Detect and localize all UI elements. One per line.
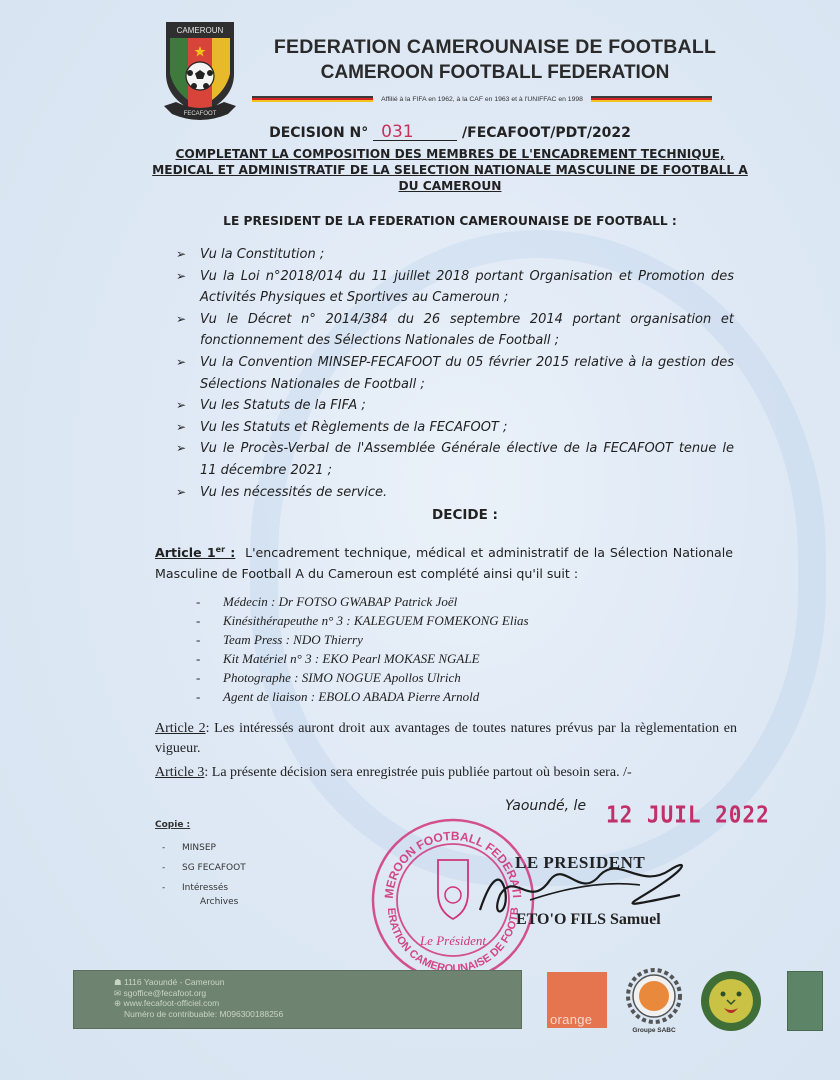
arrow-bullet-icon: ➢ xyxy=(176,244,186,266)
considerations-list: ➢Vu la Constitution ; ➢Vu la Loi n°2018/… xyxy=(176,244,734,503)
footer-email: ✉ sgoffice@fecafoot.org xyxy=(74,988,521,999)
staff-item: -Agent de liaison : EBOLO ABADA Pierre A… xyxy=(196,687,529,706)
article-1-label: Article 1er : xyxy=(155,545,235,560)
arrow-bullet-icon: ➢ xyxy=(176,482,186,504)
footer-tax-id: Numéro de contribuable: M096300188256 xyxy=(74,1009,521,1020)
article-2: Article 2: Les intéressés auront droit a… xyxy=(155,719,737,759)
arrow-bullet-icon: ➢ xyxy=(176,395,186,417)
article-3-label: Article 3 xyxy=(155,765,204,780)
footer-website: ⊕ www.fecafoot-officiel.com xyxy=(74,998,521,1009)
green-color-block xyxy=(787,971,823,1031)
sabc-label: Groupe SABC xyxy=(624,1027,684,1034)
arrow-bullet-icon: ➢ xyxy=(176,438,186,460)
staff-item: -Médecin : Dr FOTSO GWABAP Patrick Joël xyxy=(196,592,529,611)
staff-item: -Kinésithérapeuthe n° 3 : KALEGUEM FOMEK… xyxy=(196,611,529,630)
decide-heading: DECIDE : xyxy=(150,507,780,523)
staff-item: -Team Press : NDO Thierry xyxy=(196,630,529,649)
consideration-item: ➢Vu la Convention MINSEP-FECAFOOT du 05 … xyxy=(176,352,734,395)
arrow-bullet-icon: ➢ xyxy=(176,309,186,331)
copies-title: Copie : xyxy=(155,820,190,830)
decision-prefix: DECISION N° xyxy=(269,125,368,141)
consideration-item: ➢Vu les Statuts de la FIFA ; xyxy=(176,395,734,417)
article-2-text: : Les intéressés auront droit aux avanta… xyxy=(155,721,737,756)
affiliation-text: Affilié à la FIFA en 1962, à la CAF en 1… xyxy=(381,96,583,103)
lion-sponsor-logo xyxy=(700,970,762,1032)
consideration-item: ➢Vu les nécessités de service. xyxy=(176,482,734,504)
article-2-label: Article 2 xyxy=(155,721,206,736)
copy-archives: Archives xyxy=(200,897,238,907)
arrow-bullet-icon: ➢ xyxy=(176,417,186,439)
staff-list: -Médecin : Dr FOTSO GWABAP Patrick Joël … xyxy=(196,592,529,706)
federation-title-en: CAMEROON FOOTBALL FEDERATION xyxy=(260,62,730,84)
consideration-item: ➢Vu les Statuts et Règlements de la FECA… xyxy=(176,417,734,439)
consideration-item: ➢Vu le Décret n° 2014/384 du 26 septembr… xyxy=(176,309,734,352)
arrow-bullet-icon: ➢ xyxy=(176,352,186,374)
president-name: ETO'O FILS Samuel xyxy=(516,911,661,929)
signature-place: Yaoundé, le xyxy=(505,798,586,814)
copy-recipient: -SG FECAFOOT xyxy=(162,858,246,878)
arrow-bullet-icon: ➢ xyxy=(176,266,186,288)
footer-contact-box: ☗ 1116 Yaoundé - Cameroun ✉ sgoffice@fec… xyxy=(73,970,522,1029)
date-stamp: 12 JUIL 2022 xyxy=(606,802,770,828)
svg-text:Le Président: Le Président xyxy=(419,933,486,948)
affiliation-row: Affilié à la FIFA en 1962, à la CAF en 1… xyxy=(252,93,712,105)
article-3-text: : La présente décision sera enregistrée … xyxy=(204,765,631,780)
staff-item: -Photographe : SIMO NOGUE Apollos Ulrich xyxy=(196,668,529,687)
decision-number: 031 xyxy=(373,124,457,141)
copies-list: -MINSEP -SG FECAFOOT -Intéressés xyxy=(162,838,246,898)
federation-title-fr: FEDERATION CAMEROUNAISE DE FOOTBALL xyxy=(260,36,730,59)
flag-stripe-left xyxy=(252,96,373,102)
decision-suffix: /FECAFOOT/PDT/2022 xyxy=(462,125,631,141)
decision-subject: COMPLETANT LA COMPOSITION DES MEMBRES DE… xyxy=(150,146,750,194)
svg-text:FECAFOOT: FECAFOOT xyxy=(184,111,217,117)
copy-recipient: -Intéressés xyxy=(162,878,246,898)
orange-sponsor-logo: orange xyxy=(547,972,607,1028)
article-1: Article 1er : L'encadrement technique, m… xyxy=(155,539,733,584)
decision-number-line: DECISION N° 031 /FECAFOOT/PDT/2022 xyxy=(150,124,750,141)
article-3: Article 3: La présente décision sera enr… xyxy=(155,765,755,781)
consideration-item: ➢Vu la Constitution ; xyxy=(176,244,734,266)
svg-text:CAMEROUN: CAMEROUN xyxy=(177,26,224,35)
article-1-text: L'encadrement technique, médical et admi… xyxy=(155,545,733,581)
flag-stripe-right xyxy=(591,96,712,102)
staff-item: -Kit Matériel n° 3 : EKO Pearl MOKASE NG… xyxy=(196,649,529,668)
footer-address: ☗ 1116 Yaoundé - Cameroun xyxy=(74,977,521,988)
president-heading: LE PRESIDENT DE LA FEDERATION CAMEROUNAI… xyxy=(150,214,750,228)
fecafoot-crest-logo: CAMEROUN FECAFOOT xyxy=(162,18,238,122)
sabc-sponsor-logo xyxy=(626,968,682,1032)
consideration-item: ➢Vu le Procès-Verbal de l'Assemblée Géné… xyxy=(176,438,734,481)
copy-recipient: -MINSEP xyxy=(162,838,246,858)
consideration-item: ➢Vu la Loi n°2018/014 du 11 juillet 2018… xyxy=(176,266,734,309)
